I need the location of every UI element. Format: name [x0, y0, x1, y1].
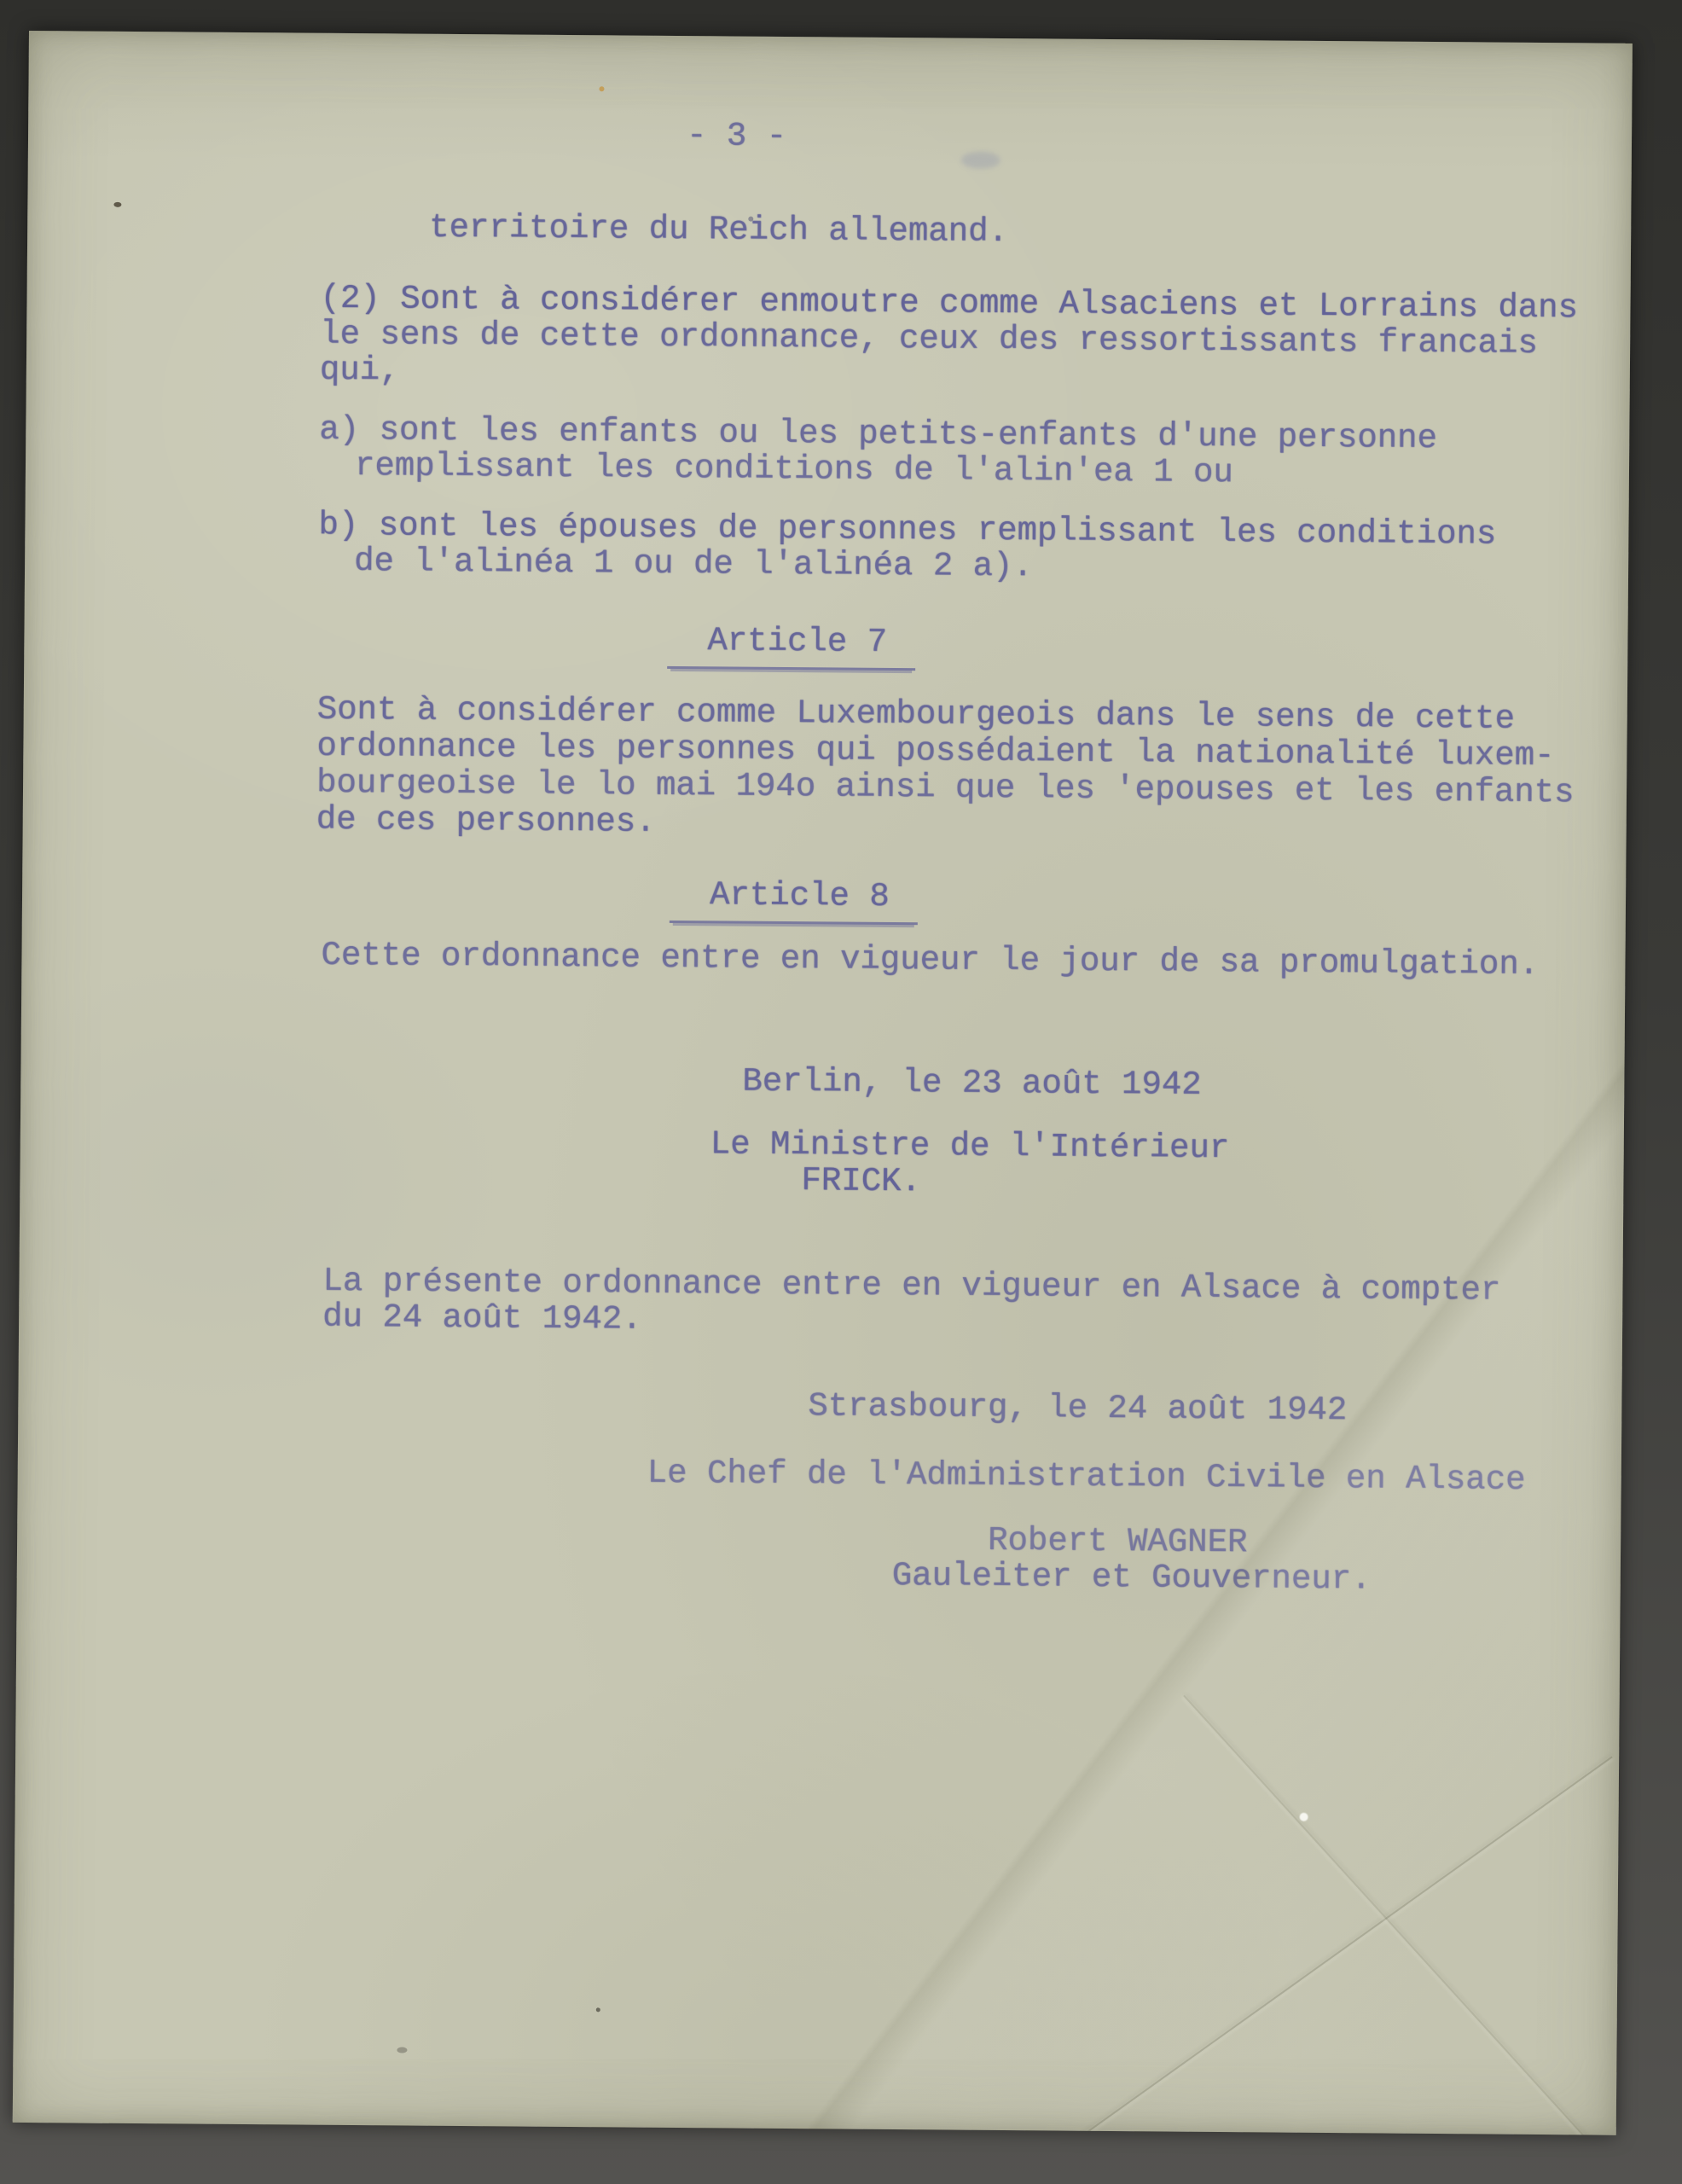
- document-text: - 3 -territoire du Reich allemand.(2) So…: [13, 31, 1633, 2135]
- section-heading: Article 8: [670, 877, 918, 925]
- document-line: le sens de cette ordonnance, ceux des re…: [320, 317, 1538, 362]
- document-line: de l'alinéa 1 ou de l'alinéa 2 a).: [354, 543, 1033, 584]
- scan-background: - 3 -territoire du Reich allemand.(2) So…: [0, 0, 1682, 2184]
- document-line: du 24 août 1942.: [322, 1299, 642, 1338]
- section-heading: Article 7: [667, 623, 915, 671]
- signature-name: FRICK.: [801, 1163, 921, 1199]
- document-page: - 3 -territoire du Reich allemand.(2) So…: [13, 31, 1633, 2135]
- document-line: qui,: [320, 352, 400, 389]
- page-number: - 3 -: [687, 118, 786, 154]
- signature-name: Robert WAGNER: [988, 1523, 1248, 1560]
- signature-title: Le Ministre de l'Intérieur: [710, 1126, 1230, 1166]
- document-line: Cette ordonnance entre en vigueur le jou…: [321, 938, 1539, 983]
- signature-title: Le Chef de l'Administration Civile en Al…: [647, 1455, 1526, 1498]
- document-line: territoire du Reich allemand.: [429, 210, 1008, 250]
- dateline: Berlin, le 23 août 1942: [742, 1064, 1202, 1103]
- document-line: de ces personnes.: [316, 802, 656, 840]
- dateline: Strasbourg, le 24 août 1942: [808, 1388, 1347, 1428]
- document-line: remplissant les conditions de l'alin'ea …: [355, 448, 1233, 491]
- signature-role: Gauleiter et Gouverneur.: [892, 1558, 1372, 1597]
